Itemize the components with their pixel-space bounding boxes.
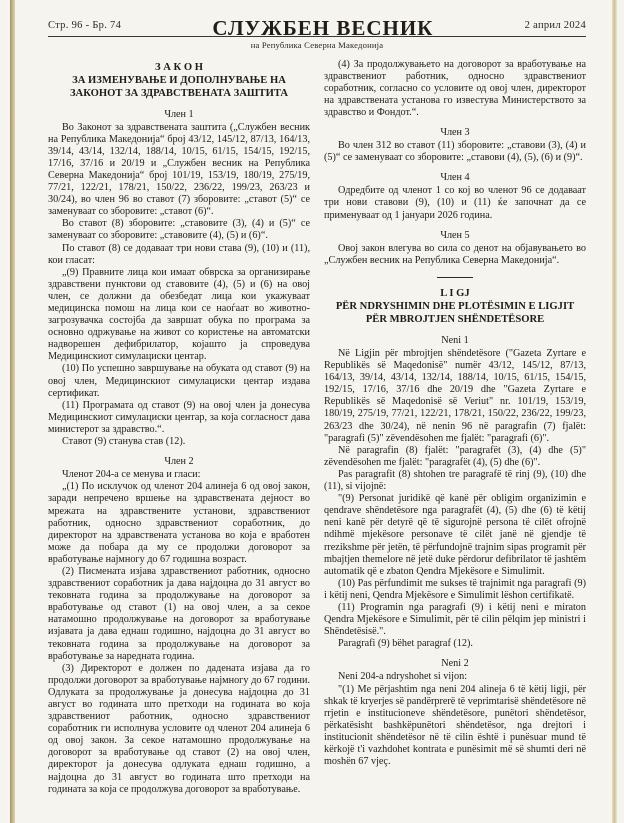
left-column: З А К О НЗА ИЗМЕНУВАЊЕ И ДОПОЛНУВАЊЕ НАЗ… [48, 59, 310, 796]
law-title-heading: L I GJPËR NDRYSHIMIN DHE PLOTËSIMIN E LI… [324, 287, 586, 326]
header-rule-row: Стр. 96 - Бр. 74 СЛУЖБЕН ВЕСНИК 2 април … [48, 10, 586, 37]
law-paragraph: (11) Programin nga paragrafi (9) i këtij… [324, 602, 586, 638]
law-paragraph: Во ставот (8) зборовите: „ставовите (3),… [48, 218, 310, 242]
law-paragraph: Në Ligjin për mbrojtjen shëndetësore ("G… [324, 348, 586, 445]
law-paragraph: Во член 312 во ставот (11) зборовите: „с… [324, 140, 586, 164]
page-number-ref: Стр. 96 - Бр. 74 [48, 20, 121, 31]
article-number-heading: Член 5 [324, 230, 586, 242]
law-title-line: ЗАКОНОТ ЗА ЗДРАВСТВЕНАТА ЗАШТИТА [48, 87, 310, 100]
law-paragraph: (3) Директорот е должен по дадената изја… [48, 663, 310, 796]
law-paragraph: Во Законот за здравствената заштита („Сл… [48, 122, 310, 219]
law-title-heading: З А К О НЗА ИЗМЕНУВАЊЕ И ДОПОЛНУВАЊЕ НАЗ… [48, 61, 310, 100]
law-paragraph: Paragrafi (9) bëhet paragraf (12). [324, 638, 586, 650]
law-paragraph: "(9) Personat juridikë që kanë për oblig… [324, 493, 586, 578]
issue-date: 2 април 2024 [525, 20, 586, 31]
law-paragraph: Одредбите од членот 1 со кој во членот 9… [324, 185, 586, 221]
article-number-heading: Neni 1 [324, 335, 586, 347]
law-paragraph: Овој закон влегува во сила со денот на о… [324, 243, 586, 267]
law-paragraph: Ставот (9) станува став (12). [48, 436, 310, 448]
scanned-gazette-page: Стр. 96 - Бр. 74 СЛУЖБЕН ВЕСНИК 2 април … [0, 0, 624, 823]
law-paragraph: „(1) По исклучок од членот 204 алинеја 6… [48, 481, 310, 566]
law-paragraph: „(9) Правните лица кои имаат обврска за … [48, 267, 310, 364]
gazette-masthead-subtitle: на Република Северна Македонија [48, 40, 586, 50]
law-paragraph: (4) За продолжувањето на договорот за вр… [324, 59, 586, 119]
law-title-line: PËR MBROJTJEN SHËNDETËSORE [324, 313, 586, 326]
scan-edge-left [10, 0, 15, 823]
law-paragraph: (10) По успешно завршување на обуката од… [48, 363, 310, 399]
article-number-heading: Член 1 [48, 109, 310, 121]
law-paragraph: "(1) Me përjashtim nga neni 204 alineja … [324, 684, 586, 769]
scan-edge-right [612, 0, 617, 823]
article-number-heading: Член 3 [324, 127, 586, 139]
law-title-line: З А К О Н [48, 61, 310, 74]
separator-rule [437, 277, 473, 278]
law-title-line: ЗА ИЗМЕНУВАЊЕ И ДОПОЛНУВАЊЕ НА [48, 74, 310, 87]
law-paragraph: Në paragrafin (8) fjalët: "paragrafët (3… [324, 445, 586, 469]
law-paragraph: (10) Pas përfundimit me sukses të trajni… [324, 578, 586, 602]
gazette-masthead-title: СЛУЖБЕН ВЕСНИК [212, 18, 433, 39]
page-body: Стр. 96 - Бр. 74 СЛУЖБЕН ВЕСНИК 2 април … [48, 10, 586, 813]
two-column-layout: З А К О НЗА ИЗМЕНУВАЊЕ И ДОПОЛНУВАЊЕ НАЗ… [48, 59, 586, 796]
article-number-heading: Член 2 [48, 456, 310, 468]
article-number-heading: Член 4 [324, 172, 586, 184]
law-paragraph: Pas paragrafit (8) shtohen tre paragrafë… [324, 469, 586, 493]
law-paragraph: По ставот (8) се додаваат три нови става… [48, 243, 310, 267]
law-paragraph: Членот 204-а се менува и гласи: [48, 469, 310, 481]
law-paragraph: (2) Писмената изјава здравствениот работ… [48, 566, 310, 663]
law-title-line: PËR NDRYSHIMIN DHE PLOTËSIMIN E LIGJIT [324, 300, 586, 313]
law-paragraph: Neni 204-a ndryshohet si vijon: [324, 671, 586, 683]
law-title-line: L I GJ [324, 287, 586, 300]
gazette-header: Стр. 96 - Бр. 74 СЛУЖБЕН ВЕСНИК 2 април … [48, 10, 586, 50]
right-column: (4) За продолжувањето на договорот за вр… [324, 59, 586, 796]
article-number-heading: Neni 2 [324, 658, 586, 670]
law-paragraph: (11) Програмата од ставот (9) на овој чл… [48, 400, 310, 436]
